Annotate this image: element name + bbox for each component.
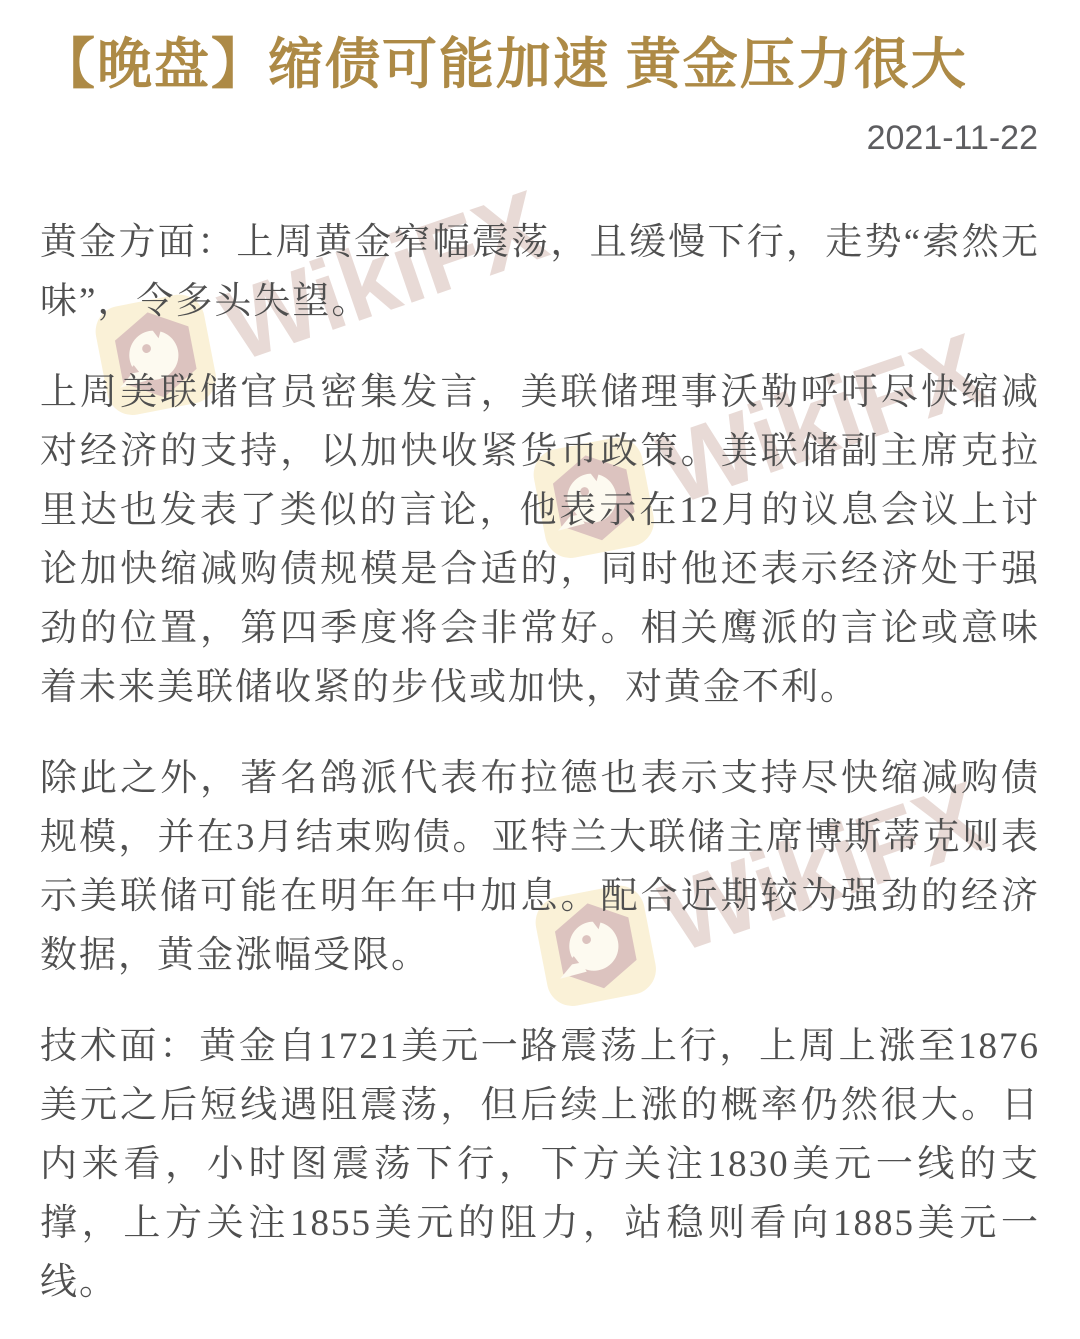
article-content: 【晚盘】缩债可能加速 黄金压力很大 2021-11-22 黄金方面：上周黄金窄幅… [0, 0, 1080, 1312]
paragraph-dove-taper-comments: 除此之外，著名鸽派代表布拉德也表示支持尽快缩减购债规模，并在3月结束购债。亚特兰… [40, 749, 1040, 985]
article-page: WikiFX WikiFX [0, 0, 1080, 1339]
paragraph-gold-overview: 黄金方面：上周黄金窄幅震荡，且缓慢下行，走势“索然无味”，令多头失望。 [40, 213, 1040, 331]
paragraph-fed-hawkish-speeches: 上周美联储官员密集发言，美联储理事沃勒呼吁尽快缩减对经济的支持，以加快收紧货币政… [40, 363, 1040, 717]
article-body: 黄金方面：上周黄金窄幅震荡，且缓慢下行，走势“索然无味”，令多头失望。 上周美联… [40, 213, 1040, 1312]
paragraph-technical-analysis: 技术面：黄金自1721美元一路震荡上行，上周上涨至1876美元之后短线遇阻震荡，… [40, 1017, 1040, 1312]
article-date: 2021-11-22 [40, 118, 1038, 159]
article-title: 【晚盘】缩债可能加速 黄金压力很大 [40, 28, 1040, 102]
